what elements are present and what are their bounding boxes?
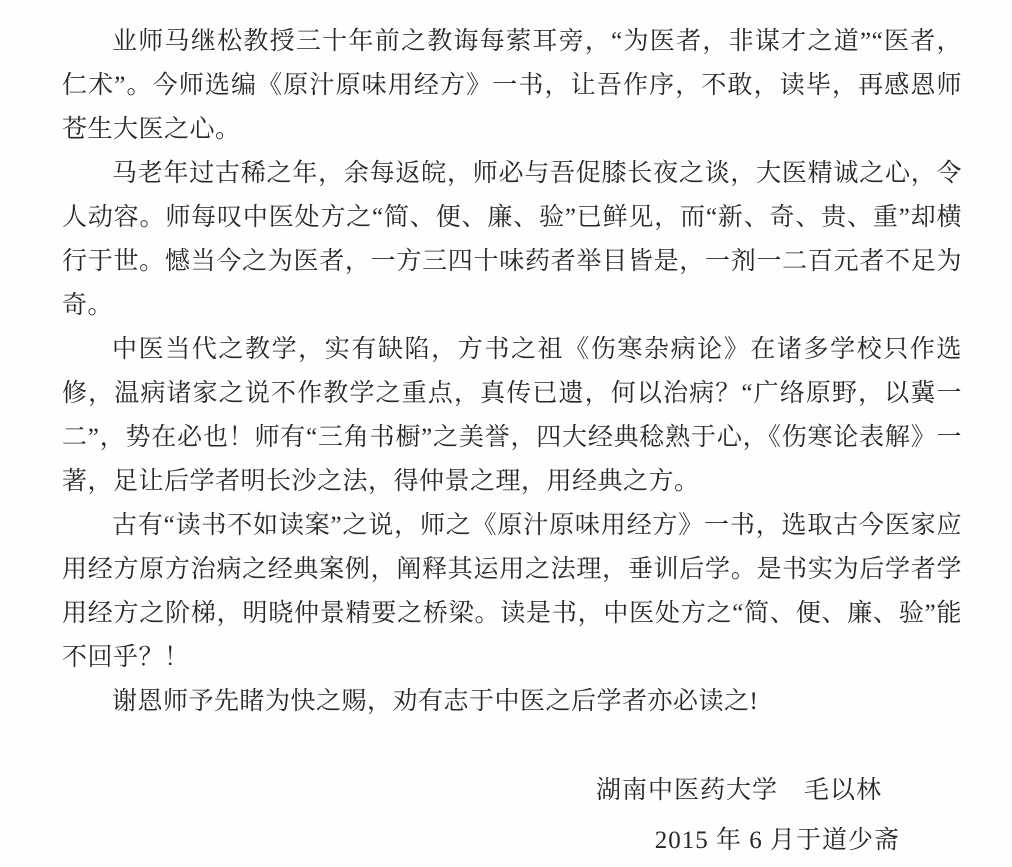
document-page: 业师马继松教授三十年前之教诲每萦耳旁，“为医者，非谋才之道”“医者，仁术”。今师… [0,0,1012,867]
paragraph-5: 谢恩师予先睹为快之赐，劝有志于中医之后学者亦必读之! [62,680,962,724]
signature-affiliation-name: 湖南中医药大学 毛以林 [62,766,962,816]
paragraph-1: 业师马继松教授三十年前之教诲每萦耳旁，“为医者，非谋才之道”“医者，仁术”。今师… [62,20,962,152]
signature-block: 湖南中医药大学 毛以林 2015 年 6 月于道少斋 [62,766,962,866]
paragraph-3: 中医当代之教学，实有缺陷，方书之祖《伤寒杂病论》在诸多学校只作选修，温病诸家之说… [62,328,962,504]
paragraph-2: 马老年过古稀之年，余每返皖，师必与吾促膝长夜之谈，大医精诚之心，令人动容。师每叹… [62,152,962,328]
paragraph-4: 古有“读书不如读案”之说，师之《原汁原味用经方》一书，选取古今医家应用经方原方治… [62,504,962,680]
signature-date: 2015 年 6 月于道少斋 [62,816,962,866]
preface-body: 业师马继松教授三十年前之教诲每萦耳旁，“为医者，非谋才之道”“医者，仁术”。今师… [62,20,962,724]
